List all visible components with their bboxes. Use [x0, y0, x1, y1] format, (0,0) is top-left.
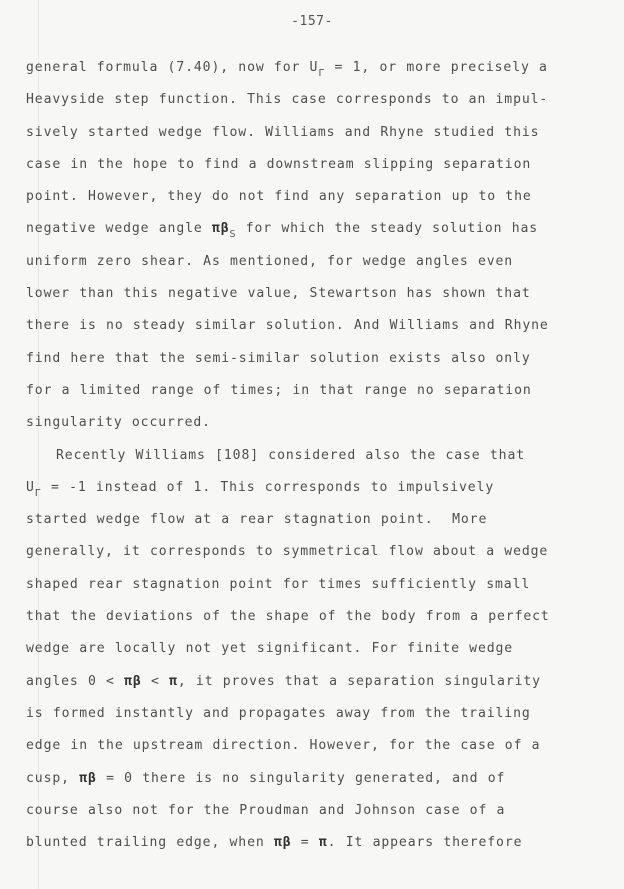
math-symbol: π: [169, 674, 178, 689]
text-run: = -1 instead of 1. This corresponds to i…: [42, 480, 494, 495]
text-line: sively started wedge flow. Williams and …: [26, 123, 616, 155]
text-line: UΓ = -1 instead of 1. This corresponds t…: [26, 478, 616, 510]
text-line: that the deviations of the shape of the …: [26, 607, 616, 639]
text-run: angles 0 <: [26, 674, 124, 689]
text-run: Heavyside step function. This case corre…: [26, 92, 548, 107]
text-line: generally, it corresponds to symmetrical…: [26, 542, 616, 574]
text-run: negative wedge angle: [26, 221, 212, 236]
text-line: point. However, they do not find any sep…: [26, 187, 616, 219]
text-line: there is no steady similar solution. And…: [26, 316, 616, 348]
text-line: blunted trailing edge, when πβ = π. It a…: [26, 833, 616, 865]
page-number: -157-: [0, 14, 624, 29]
text-run: sively started wedge flow. Williams and …: [26, 125, 539, 140]
text-run: that the deviations of the shape of the …: [26, 609, 550, 624]
text-line: shaped rear stagnation point for times s…: [26, 575, 616, 607]
text-line: singularity occurred.: [26, 413, 616, 445]
text-line: uniform zero shear. As mentioned, for we…: [26, 252, 616, 284]
text-run: edge in the upstream direction. However,…: [26, 738, 540, 753]
text-line: Recently Williams [108] considered also …: [26, 446, 616, 478]
text-run: lower than this negative value, Stewarts…: [26, 286, 531, 301]
text-run: U: [26, 480, 35, 495]
math-symbol: πβ: [274, 835, 292, 850]
text-run: , it proves that a separation singularit…: [178, 674, 541, 689]
text-run: for a limited range of times; in that ra…: [26, 383, 532, 398]
text-run: cusp,: [26, 771, 79, 786]
text-line: is formed instantly and propagates away …: [26, 704, 616, 736]
text-line: started wedge flow at a rear stagnation …: [26, 510, 616, 542]
math-symbol: πβ: [79, 771, 97, 786]
text-run: course also not for the Proudman and Joh…: [26, 803, 505, 818]
text-line: case in the hope to find a downstream sl…: [26, 155, 616, 187]
math-symbol: πβ: [212, 221, 230, 236]
text-line: cusp, πβ = 0 there is no singularity gen…: [26, 769, 616, 801]
text-run: there is no steady similar solution. And…: [26, 318, 549, 333]
subscript: Γ: [35, 488, 42, 499]
text-line: course also not for the Proudman and Joh…: [26, 801, 616, 833]
text-line: Heavyside step function. This case corre…: [26, 90, 616, 122]
text-run: uniform zero shear. As mentioned, for we…: [26, 254, 513, 269]
text-run: general formula (7.40), now for U: [26, 60, 318, 75]
text-run: case in the hope to find a downstream sl…: [26, 157, 531, 172]
text-line: angles 0 < πβ < π, it proves that a sepa…: [26, 672, 616, 704]
text-run: is formed instantly and propagates away …: [26, 706, 531, 721]
text-run: singularity occurred.: [26, 415, 211, 430]
text-run: for which the steady solution has: [236, 221, 538, 236]
text-run: generally, it corresponds to symmetrical…: [26, 544, 548, 559]
text-run: find here that the semi-similar solution…: [26, 351, 531, 366]
text-run: blunted trailing edge, when: [26, 835, 274, 850]
text-line: lower than this negative value, Stewarts…: [26, 284, 616, 316]
text-run: = 1, or more precisely a: [325, 60, 548, 75]
text-line: general formula (7.40), now for UΓ = 1, …: [26, 58, 616, 90]
body-text: general formula (7.40), now for UΓ = 1, …: [26, 58, 616, 865]
text-line: negative wedge angle πβS for which the s…: [26, 219, 616, 251]
text-run: started wedge flow at a rear stagnation …: [26, 512, 487, 527]
text-line: find here that the semi-similar solution…: [26, 349, 616, 381]
document-page: -157- general formula (7.40), now for UΓ…: [0, 0, 624, 889]
text-run: Recently Williams [108] considered also …: [56, 448, 525, 463]
text-line: wedge are locally not yet significant. F…: [26, 639, 616, 671]
math-symbol: πβ: [124, 674, 142, 689]
math-symbol: π: [319, 835, 328, 850]
text-run: point. However, they do not find any sep…: [26, 189, 532, 204]
text-line: for a limited range of times; in that ra…: [26, 381, 616, 413]
text-run: = 0 there is no singularity generated, a…: [97, 771, 506, 786]
text-run: . It appears therefore: [328, 835, 523, 850]
text-line: edge in the upstream direction. However,…: [26, 736, 616, 768]
text-run: =: [292, 835, 319, 850]
text-run: shaped rear stagnation point for times s…: [26, 577, 530, 592]
text-run: <: [142, 674, 169, 689]
text-run: wedge are locally not yet significant. F…: [26, 641, 513, 656]
